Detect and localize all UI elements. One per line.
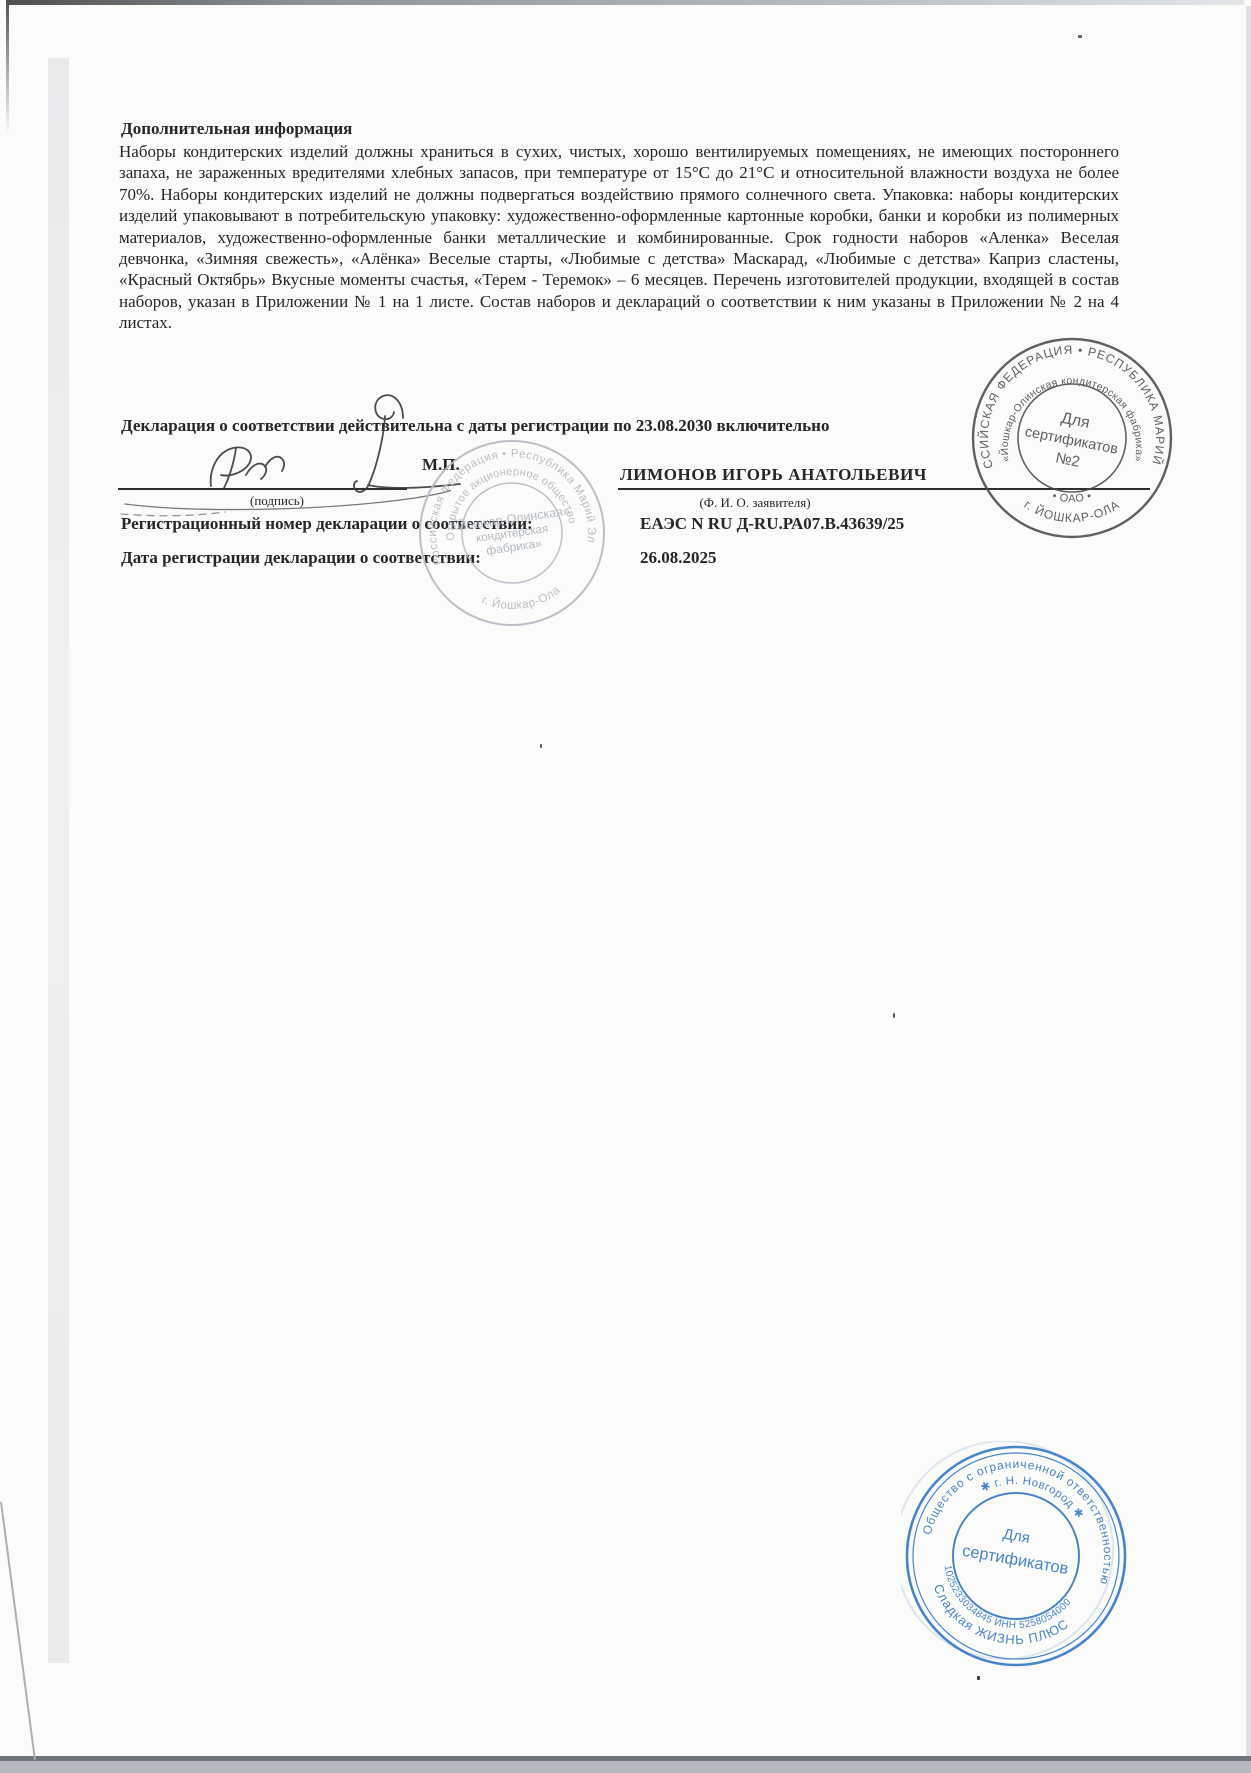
- signature-underline-sweep: [125, 490, 450, 509]
- scan-edge-bottom-shadow: [0, 1761, 1251, 1773]
- scan-speck: [540, 744, 542, 748]
- stamp-center-line3: №2: [1054, 449, 1081, 470]
- fio-caption: (Ф. И. О. заявителя): [655, 495, 855, 511]
- factory-certificates-stamp: РОССИЙСКАЯ ФЕДЕРАЦИЯ • РЕСПУБЛИКА МАРИЙ …: [967, 333, 1177, 543]
- scanned-declaration-page: Дополнительная информация Наборы кондите…: [0, 0, 1251, 1773]
- blue-certificates-stamp: Общество с ограниченной ответственностью…: [901, 1441, 1131, 1671]
- applicant-name: ЛИМОНОВ ИГОРЬ АНАТОЛЬЕВИЧ: [620, 465, 927, 485]
- scan-streak: [48, 58, 69, 1663]
- stamp-center-line1: Для: [1060, 410, 1092, 432]
- stamp-outer-ring-bottom-text: г. Йошкар-Ола: [478, 583, 564, 617]
- section-heading: Дополнительная информация: [121, 119, 352, 139]
- registration-number-value: ЕАЭС N RU Д-RU.РА07.В.43639/25: [640, 514, 904, 534]
- svg-text:г. Йошкар-Ола: г. Йошкар-Ола: [478, 583, 564, 617]
- stamp-center-line2: сертификатов: [961, 1542, 1070, 1578]
- signature-underline-dashes: [121, 512, 225, 516]
- additional-info-paragraph: Наборы кондитерских изделий должны храни…: [119, 141, 1119, 334]
- scan-speck: [977, 1676, 980, 1680]
- signature-initials: [211, 447, 284, 488]
- registration-date-value: 26.08.2025: [640, 548, 717, 568]
- scan-edge-top: [6, 0, 1244, 5]
- scan-edge-right: [1246, 6, 1251, 1756]
- stamp-center-line1: Для: [1002, 1526, 1032, 1547]
- scan-speck: [1078, 35, 1082, 38]
- scan-edge-left: [6, 4, 9, 134]
- scan-edge-corner-fold: [0, 1502, 36, 1760]
- faded-factory-stamp: Российская Федерация • Республика Марий …: [399, 420, 625, 646]
- scan-speck: [893, 1013, 895, 1018]
